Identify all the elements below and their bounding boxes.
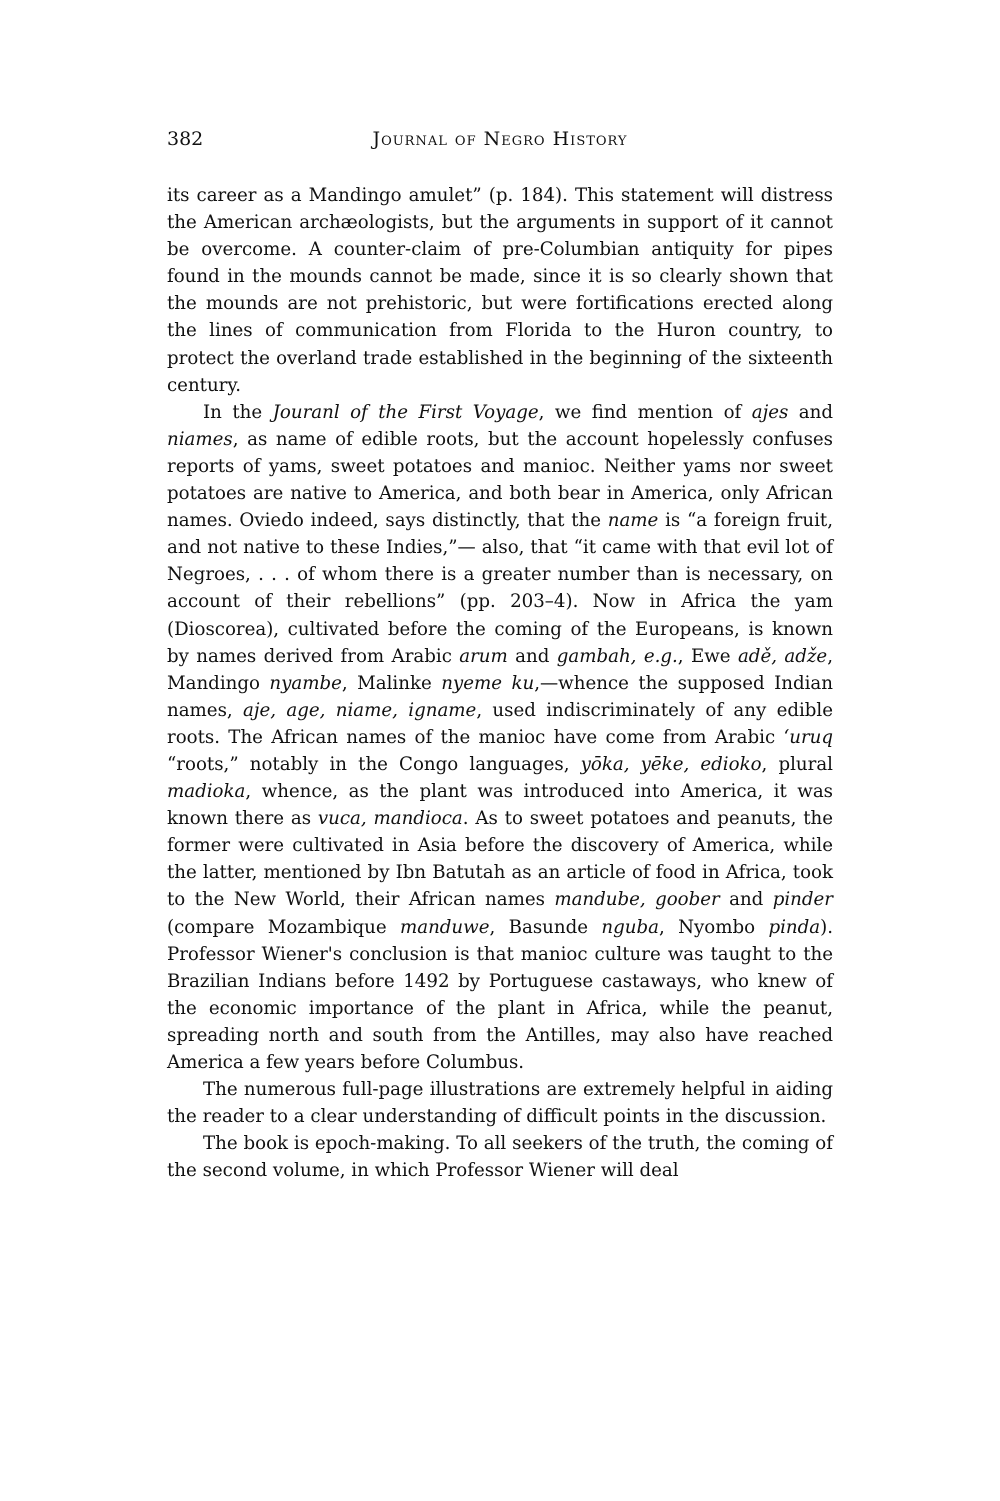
text-run: its career as a Mandingo amulet” (p. 184… xyxy=(167,185,833,396)
journal-title: Journal of Negro History xyxy=(167,128,833,150)
text-run: The book is epoch-making. To all seekers… xyxy=(167,1133,833,1181)
text-run: and xyxy=(788,402,833,423)
text-run: (compare Mozambique xyxy=(167,917,400,938)
text-run: , Basunde xyxy=(489,917,601,938)
italic-term: arum xyxy=(459,646,508,667)
italic-term: mandube, goober xyxy=(554,889,719,910)
text-run: , Ewe xyxy=(678,646,738,667)
italic-term: Jouranl of the First Voyage xyxy=(273,402,539,423)
text-run: , plural xyxy=(762,754,833,775)
italic-term: nguba xyxy=(601,917,659,938)
paragraph: The numerous full-page illustrations are… xyxy=(167,1076,833,1130)
text-run: The numerous full-page illustrations are… xyxy=(167,1079,833,1127)
running-head: 382 Journal of Negro History xyxy=(167,128,833,158)
italic-term: pinder xyxy=(773,889,833,910)
paragraph: In the Jouranl of the First Voyage, we f… xyxy=(167,399,833,1076)
italic-term: yōka, yēke, edioko xyxy=(581,754,762,775)
italic-term: gambah, e.g. xyxy=(557,646,678,667)
text-run: , we find mention of xyxy=(539,402,752,423)
italic-term: nyeme ku xyxy=(441,673,534,694)
italic-term: aje, age, niame, igname xyxy=(243,700,476,721)
italic-term: adě, adže xyxy=(738,646,827,667)
italic-term: vuca, mandioca xyxy=(318,808,463,829)
text-run: ). Professor Wiener's conclusion is that… xyxy=(167,917,833,1073)
paragraph: The book is epoch-making. To all seekers… xyxy=(167,1130,833,1184)
text-run: and xyxy=(508,646,557,667)
journal-page: 382 Journal of Negro History its career … xyxy=(167,128,833,1184)
text-run: , Malinke xyxy=(342,673,441,694)
text-run: , Nyombo xyxy=(659,917,769,938)
text-run: “roots,” notably in the Congo languages, xyxy=(167,754,581,775)
italic-term: nyambe xyxy=(269,673,341,694)
paragraph: its career as a Mandingo amulet” (p. 184… xyxy=(167,182,833,399)
italic-term: ʻuruq xyxy=(783,727,833,748)
italic-term: manduwe xyxy=(400,917,490,938)
text-run: and xyxy=(720,889,773,910)
italic-term: name xyxy=(608,510,659,531)
italic-term: pinda xyxy=(768,917,820,938)
italic-term: ajes xyxy=(752,402,789,423)
italic-term: madioka xyxy=(167,781,245,802)
italic-term: niames xyxy=(167,429,233,450)
body-text: its career as a Mandingo amulet” (p. 184… xyxy=(167,182,833,1184)
text-run: is “a foreign fruit, and not native to t… xyxy=(167,510,833,666)
text-run: In the xyxy=(203,402,273,423)
